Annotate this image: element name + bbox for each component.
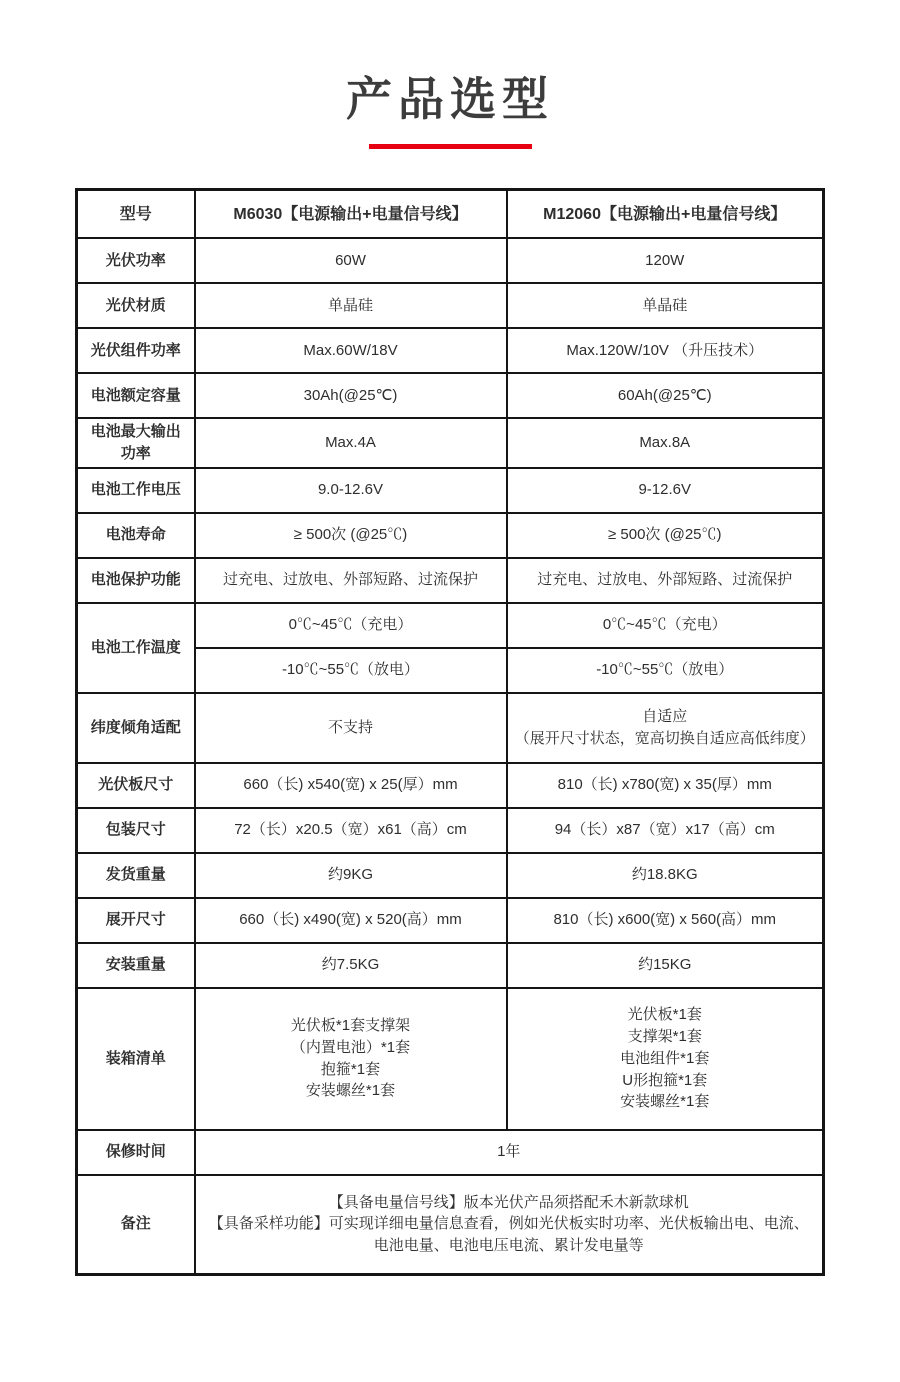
cell-m6030-temp-discharge: -10℃~55℃（放电） [195, 648, 507, 693]
row-label: 光伏组件功率 [77, 328, 195, 373]
row-label: 纬度倾角适配 [77, 693, 195, 763]
cell-m12060-unfolded-size: 810（长) x600(宽) x 560(高）mm [507, 898, 824, 943]
row-label: 电池寿命 [77, 513, 195, 558]
cell-m6030-package-size: 72（长）x20.5（宽）x61（高）cm [195, 808, 507, 853]
table-header-row: 型号 M6030【电源输出+电量信号线】 M12060【电源输出+电量信号线】 [77, 190, 824, 239]
table-row-remark: 备注 【具备电量信号线】版本光伏产品须搭配禾木新款球机 【具备采样功能】可实现详… [77, 1175, 824, 1275]
table-row-working-voltage: 电池工作电压 9.0-12.6V 9-12.6V [77, 468, 824, 513]
cell-m12060-temp-discharge: -10℃~55℃（放电） [507, 648, 824, 693]
table-row-pv-power: 光伏功率 60W 120W [77, 238, 824, 283]
row-label: 电池工作温度 [77, 603, 195, 693]
page-header: 产品选型 [0, 72, 900, 149]
table-row-unfolded-size: 展开尺寸 660（长) x490(宽) x 520(高）mm 810（长) x6… [77, 898, 824, 943]
cell-m6030-temp-charge: 0℃~45℃（充电） [195, 603, 507, 648]
cell-m12060-packing-list: 光伏板*1套 支撑架*1套 电池组件*1套 U形抱箍*1套 安装螺丝*1套 [507, 988, 824, 1130]
cell-m12060-battery-protection: 过充电、过放电、外部短路、过流保护 [507, 558, 824, 603]
row-label: 包装尺寸 [77, 808, 195, 853]
row-label: 电池工作电压 [77, 468, 195, 513]
table-row-warranty: 保修时间 1年 [77, 1130, 824, 1175]
cell-m6030-module-power: Max.60W/18V [195, 328, 507, 373]
cell-m6030-install-weight: 约7.5KG [195, 943, 507, 988]
cell-m12060-module-power: Max.120W/10V （升压技术） [507, 328, 824, 373]
cell-m6030-packing-list: 光伏板*1套支撑架 （内置电池）*1套 抱箍*1套 安装螺丝*1套 [195, 988, 507, 1130]
table-row-battery-protection: 电池保护功能 过充电、过放电、外部短路、过流保护 过充电、过放电、外部短路、过流… [77, 558, 824, 603]
cell-m6030-panel-size: 660（长) x540(宽) x 25(厚）mm [195, 763, 507, 808]
cell-warranty: 1年 [195, 1130, 824, 1175]
cell-m12060-temp-charge: 0℃~45℃（充电） [507, 603, 824, 648]
cell-m6030-pv-power: 60W [195, 238, 507, 283]
cell-m12060-package-size: 94（长）x87（宽）x17（高）cm [507, 808, 824, 853]
cell-m6030-unfolded-size: 660（长) x490(宽) x 520(高）mm [195, 898, 507, 943]
table-row-module-power: 光伏组件功率 Max.60W/18V Max.120W/10V （升压技术） [77, 328, 824, 373]
cell-m6030-battery-life: ≥ 500次 (@25℃) [195, 513, 507, 558]
table-row-shipping-weight: 发货重量 约9KG 约18.8KG [77, 853, 824, 898]
table-row-package-size: 包装尺寸 72（长）x20.5（宽）x61（高）cm 94（长）x87（宽）x1… [77, 808, 824, 853]
row-label: 安装重量 [77, 943, 195, 988]
page-title: 产品选型 [0, 72, 900, 127]
table-row-battery-capacity: 电池额定容量 30Ah(@25℃) 60Ah(@25℃) [77, 373, 824, 418]
cell-m12060-working-voltage: 9-12.6V [507, 468, 824, 513]
cell-m6030-max-output: Max.4A [195, 418, 507, 468]
table-row-max-output: 电池最大输出功率 Max.4A Max.8A [77, 418, 824, 468]
row-label: 展开尺寸 [77, 898, 195, 943]
cell-m12060-install-weight: 约15KG [507, 943, 824, 988]
table-row-battery-life: 电池寿命 ≥ 500次 (@25℃) ≥ 500次 (@25℃) [77, 513, 824, 558]
cell-m6030-latitude-tilt: 不支持 [195, 693, 507, 763]
cell-m6030-battery-capacity: 30Ah(@25℃) [195, 373, 507, 418]
row-label-model: 型号 [77, 190, 195, 239]
row-label: 光伏功率 [77, 238, 195, 283]
row-label: 装箱清单 [77, 988, 195, 1130]
cell-m12060-pv-power: 120W [507, 238, 824, 283]
row-label: 备注 [77, 1175, 195, 1275]
row-label: 电池保护功能 [77, 558, 195, 603]
cell-m12060-battery-life: ≥ 500次 (@25℃) [507, 513, 824, 558]
page: 产品选型 型号 M6030【电源输出+电量信号线】 M12060【电源输出+电量… [0, 0, 900, 1382]
table-row-working-temp-charge: 电池工作温度 0℃~45℃（充电） 0℃~45℃（充电） [77, 603, 824, 648]
cell-m6030-shipping-weight: 约9KG [195, 853, 507, 898]
cell-m12060-battery-capacity: 60Ah(@25℃) [507, 373, 824, 418]
cell-m6030-pv-material: 单晶硅 [195, 283, 507, 328]
cell-m12060-max-output: Max.8A [507, 418, 824, 468]
row-label: 发货重量 [77, 853, 195, 898]
table-row-panel-size: 光伏板尺寸 660（长) x540(宽) x 25(厚）mm 810（长) x7… [77, 763, 824, 808]
table-row-install-weight: 安装重量 约7.5KG 约15KG [77, 943, 824, 988]
cell-m6030-working-voltage: 9.0-12.6V [195, 468, 507, 513]
row-label: 电池最大输出功率 [77, 418, 195, 468]
cell-m12060-panel-size: 810（长) x780(宽) x 35(厚）mm [507, 763, 824, 808]
table-row-pv-material: 光伏材质 单晶硅 单晶硅 [77, 283, 824, 328]
product-selection-table: 型号 M6030【电源输出+电量信号线】 M12060【电源输出+电量信号线】 … [75, 188, 825, 1276]
cell-m12060-latitude-tilt: 自适应 （展开尺寸状态，宽高切换自适应高低纬度） [507, 693, 824, 763]
cell-remark: 【具备电量信号线】版本光伏产品须搭配禾木新款球机 【具备采样功能】可实现详细电量… [195, 1175, 824, 1275]
table-row-packing-list: 装箱清单 光伏板*1套支撑架 （内置电池）*1套 抱箍*1套 安装螺丝*1套 光… [77, 988, 824, 1130]
row-label: 保修时间 [77, 1130, 195, 1175]
title-underline [369, 144, 532, 149]
model-m6030-header: M6030【电源输出+电量信号线】 [195, 190, 507, 239]
table-row-latitude-tilt: 纬度倾角适配 不支持 自适应 （展开尺寸状态，宽高切换自适应高低纬度） [77, 693, 824, 763]
row-label: 光伏板尺寸 [77, 763, 195, 808]
row-label: 光伏材质 [77, 283, 195, 328]
cell-m12060-pv-material: 单晶硅 [507, 283, 824, 328]
model-m12060-header: M12060【电源输出+电量信号线】 [507, 190, 824, 239]
cell-m6030-battery-protection: 过充电、过放电、外部短路、过流保护 [195, 558, 507, 603]
row-label: 电池额定容量 [77, 373, 195, 418]
cell-m12060-shipping-weight: 约18.8KG [507, 853, 824, 898]
